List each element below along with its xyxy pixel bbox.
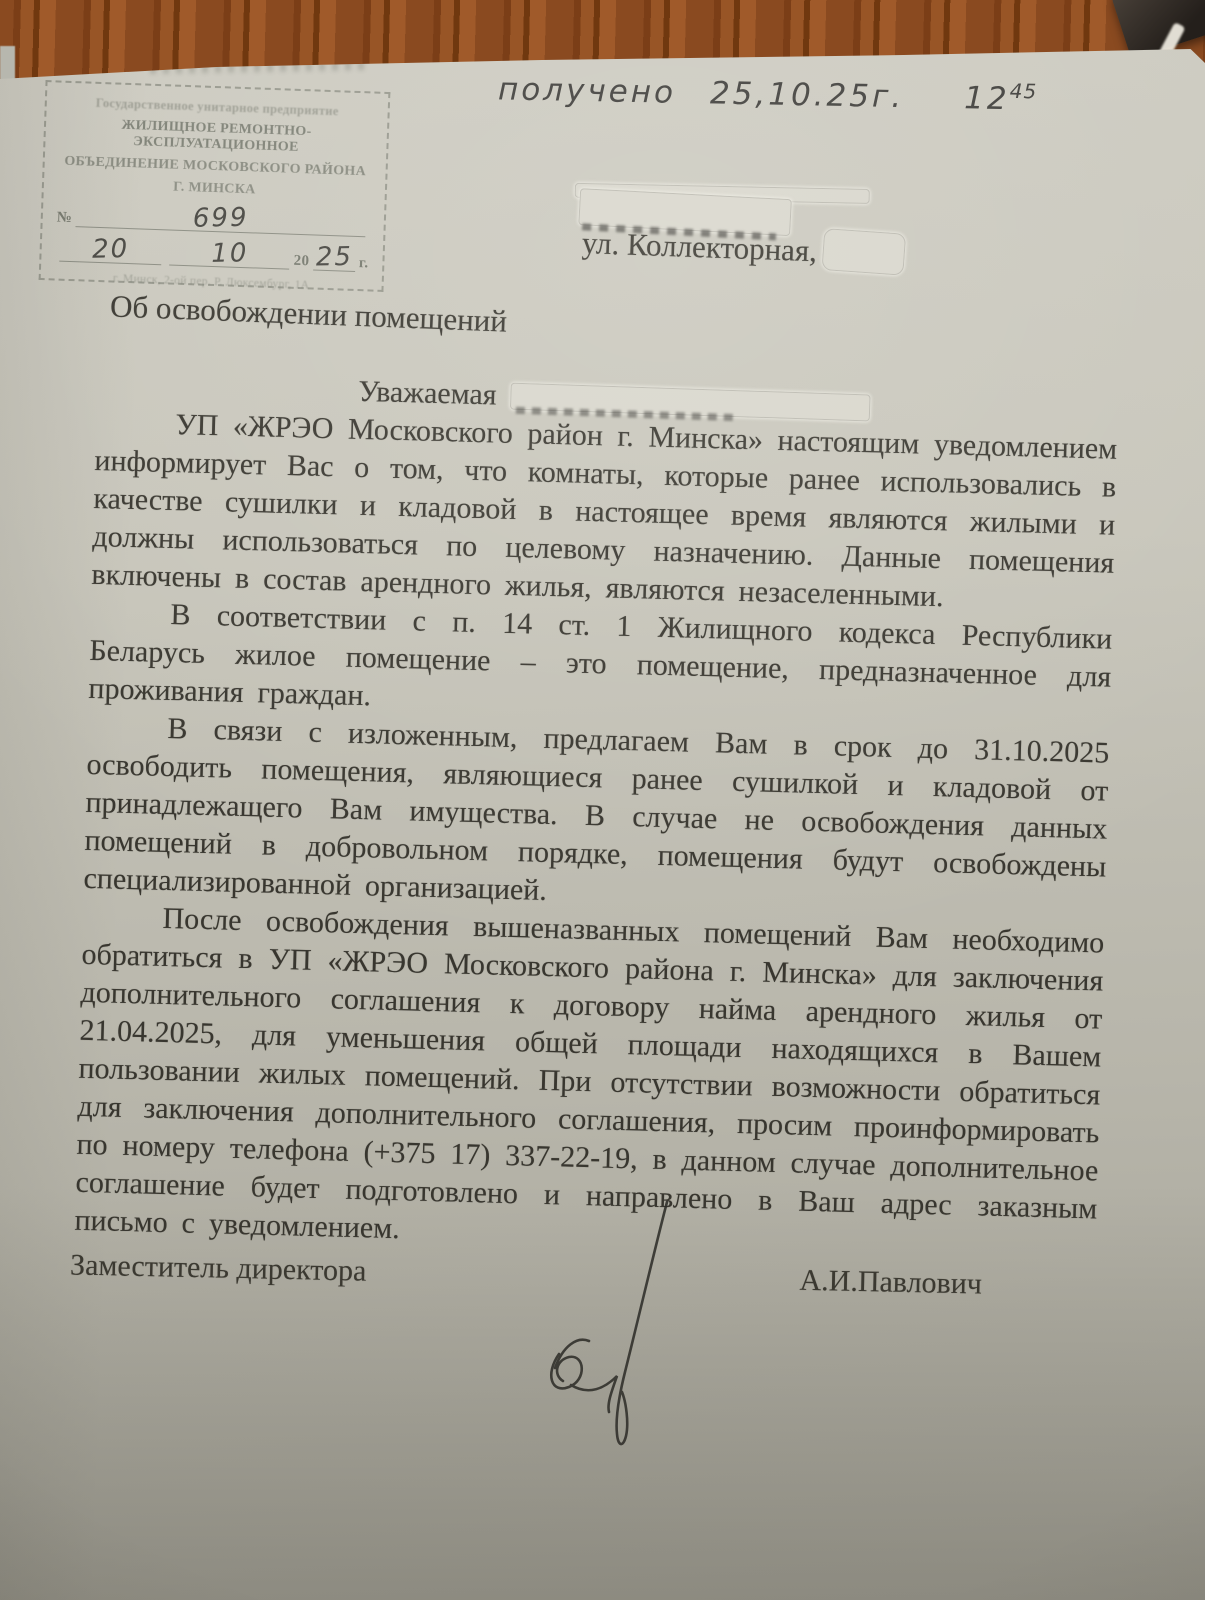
received-word: получено bbox=[498, 71, 677, 110]
stamp-number-blank: 699 bbox=[76, 202, 366, 237]
stamp-date-year: 25 bbox=[313, 242, 355, 273]
redacted-house-number bbox=[822, 228, 907, 276]
paragraph-3: В связи с изложенным, предлагаем Вам в с… bbox=[83, 708, 1110, 925]
received-time: 12 bbox=[964, 80, 1010, 117]
letter-body: Уважаемая УП «ЖРЭО Московского район г. … bbox=[74, 366, 1119, 1266]
stamp-number-value: 699 bbox=[76, 201, 366, 236]
signer-title: Заместитель директора bbox=[70, 1248, 367, 1288]
stamp-date-year-prefix: 20 bbox=[293, 253, 309, 271]
recipient-block: ул. Коллекторная, bbox=[572, 181, 992, 196]
stamp-org-line-2: ЖИЛИЩНОЕ РЕМОНТНО-ЭКСПЛУАТАЦИОННОЕ bbox=[45, 115, 387, 159]
signer-name: А.И.Павлович bbox=[799, 1264, 982, 1302]
stamp-date-year-blank: 25 bbox=[313, 246, 356, 272]
recipient-street-label: ул. Коллекторная, bbox=[581, 225, 817, 268]
stamp-date-month-blank: 10 bbox=[169, 240, 290, 269]
salutation-word: Уважаемая bbox=[358, 375, 497, 412]
stamp-address-line: г. Минск, 2-ой пер. Р. Люксембург, 1А bbox=[41, 270, 382, 294]
received-date: 25,10.25г. bbox=[710, 75, 905, 115]
stamp-date-suffix: г. bbox=[359, 255, 369, 272]
paragraph-1: УП «ЖРЭО Московского район г. Минска» на… bbox=[91, 404, 1118, 621]
stamp-date-row: 20 10 20 25 г. bbox=[55, 237, 369, 273]
stamp-date-day-blank: 20 bbox=[59, 237, 162, 266]
photo-background: Государственное унитарное предприятие ЖИ… bbox=[0, 0, 1205, 1600]
signature-scribble bbox=[525, 1196, 715, 1466]
stamp-date-day: 20 bbox=[59, 234, 161, 266]
stamp-number-row: № 699 bbox=[56, 202, 370, 238]
stamp-org-line-4: Г. МИНСКА bbox=[44, 175, 385, 203]
letter-sheet: Государственное унитарное предприятие ЖИ… bbox=[0, 0, 1205, 1600]
recipient-street: ул. Коллекторная, bbox=[581, 221, 905, 274]
stamp-date-month: 10 bbox=[169, 238, 290, 270]
registration-stamp: Государственное унитарное предприятие ЖИ… bbox=[39, 80, 391, 292]
letter-subject: Об освобождении помещений bbox=[109, 288, 507, 339]
received-note: получено25,10.25г.1245 bbox=[498, 69, 1019, 117]
stamp-number-label: № bbox=[56, 210, 72, 228]
received-time-minutes: 45 bbox=[1010, 79, 1038, 104]
